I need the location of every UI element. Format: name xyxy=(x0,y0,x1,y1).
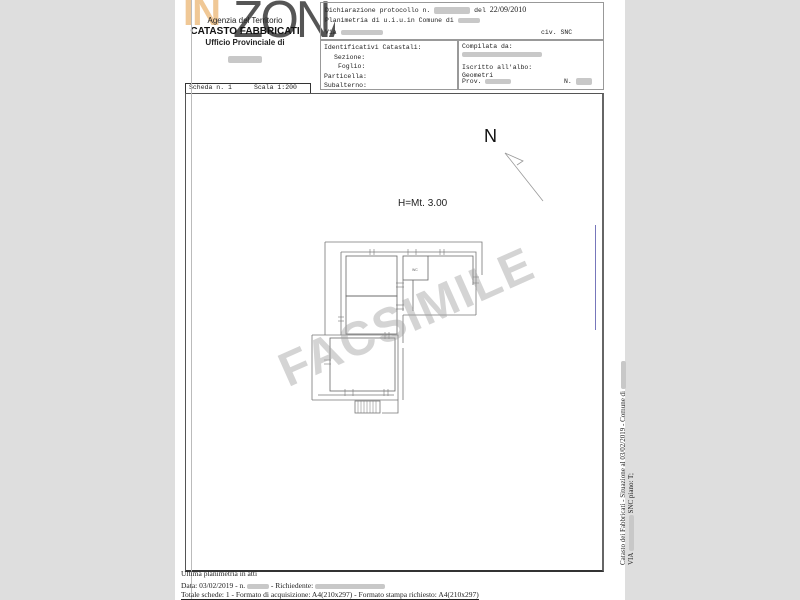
height-label: H=Mt. 3.00 xyxy=(398,198,447,209)
cadastral-plan-page: IN ZONA Agenzia del Territorio CATASTO F… xyxy=(175,0,625,600)
date-label: del xyxy=(474,7,486,14)
side-text-via: VIA xyxy=(627,553,635,565)
compiler-title: Compilata da: xyxy=(462,43,542,51)
dimension-marker xyxy=(595,225,596,330)
margin-line xyxy=(191,0,192,600)
subalterno-label: Subalterno: xyxy=(324,81,422,91)
footer-requester-label: - Richiedente: xyxy=(271,581,313,590)
redacted-request-number xyxy=(247,584,269,589)
prov-label: Prov. xyxy=(462,78,482,85)
room-wc-label: WC xyxy=(412,268,418,272)
identifiers-title: Identificativi Catastali: xyxy=(324,43,422,53)
scheda-label: Scheda n. 1 xyxy=(189,84,232,91)
plan-label: Planimetria di u.i.u.in Comune di xyxy=(325,17,454,24)
last-plan-text: Ultima planimetria in atti xyxy=(181,569,479,578)
footer-date: Data: 03/02/2019 - n. xyxy=(181,581,245,590)
catasto-title: CATASTO FABBRICATI xyxy=(175,26,315,37)
footer: Ultima planimetria in atti Data: 03/02/2… xyxy=(181,569,479,600)
via-label: Via xyxy=(325,29,337,36)
agency-name: Agenzia del Territorio xyxy=(175,16,315,25)
footer-totals: Totale schede: 1 - Formato di acquisizio… xyxy=(181,590,479,600)
protocol-box: Dichiarazione protocollo n. del 22/09/20… xyxy=(320,2,604,40)
side-text-line1: Catasto dei Fabbricati - Situazione al 0… xyxy=(619,391,627,565)
scale-label: Scala 1:200 xyxy=(254,84,297,91)
north-arrow-icon xyxy=(495,145,555,205)
redacted-comune xyxy=(458,18,480,23)
identifiers-box: Identificativi Catastali: Sezione: Fogli… xyxy=(320,40,458,90)
north-label: N xyxy=(484,126,497,147)
particella-label: Particella: xyxy=(324,72,422,82)
redacted-side-comune xyxy=(621,361,626,389)
albo-label: Iscritto all'albo: xyxy=(462,64,542,72)
side-text-floor: SNC piano: T; xyxy=(627,473,635,513)
sezione-label: Sezione: xyxy=(324,53,422,63)
redacted-side-via xyxy=(629,515,634,551)
redacted-compiler xyxy=(462,52,542,57)
office-name: Ufficio Provinciale di xyxy=(175,38,315,47)
redacted-requester xyxy=(315,584,385,589)
compiler-box: Compilata da: Iscritto all'albo: Geometr… xyxy=(458,40,604,90)
protocol-date: 22/09/2010 xyxy=(490,5,526,14)
n-label: N. xyxy=(564,78,572,85)
civ-label: civ. SNC xyxy=(541,29,572,36)
redacted-number xyxy=(576,78,592,85)
redacted-prov xyxy=(485,79,511,84)
agency-header: Agenzia del Territorio CATASTO FABBRICAT… xyxy=(175,16,315,69)
side-status-text: Catasto dei Fabbricati - Situazione al 0… xyxy=(619,361,635,565)
redacted-office xyxy=(228,56,262,63)
foglio-label: Foglio: xyxy=(324,62,422,72)
protocol-label: Dichiarazione protocollo n. xyxy=(325,7,430,14)
redacted-via xyxy=(341,30,383,35)
redacted-protocol xyxy=(434,7,470,14)
